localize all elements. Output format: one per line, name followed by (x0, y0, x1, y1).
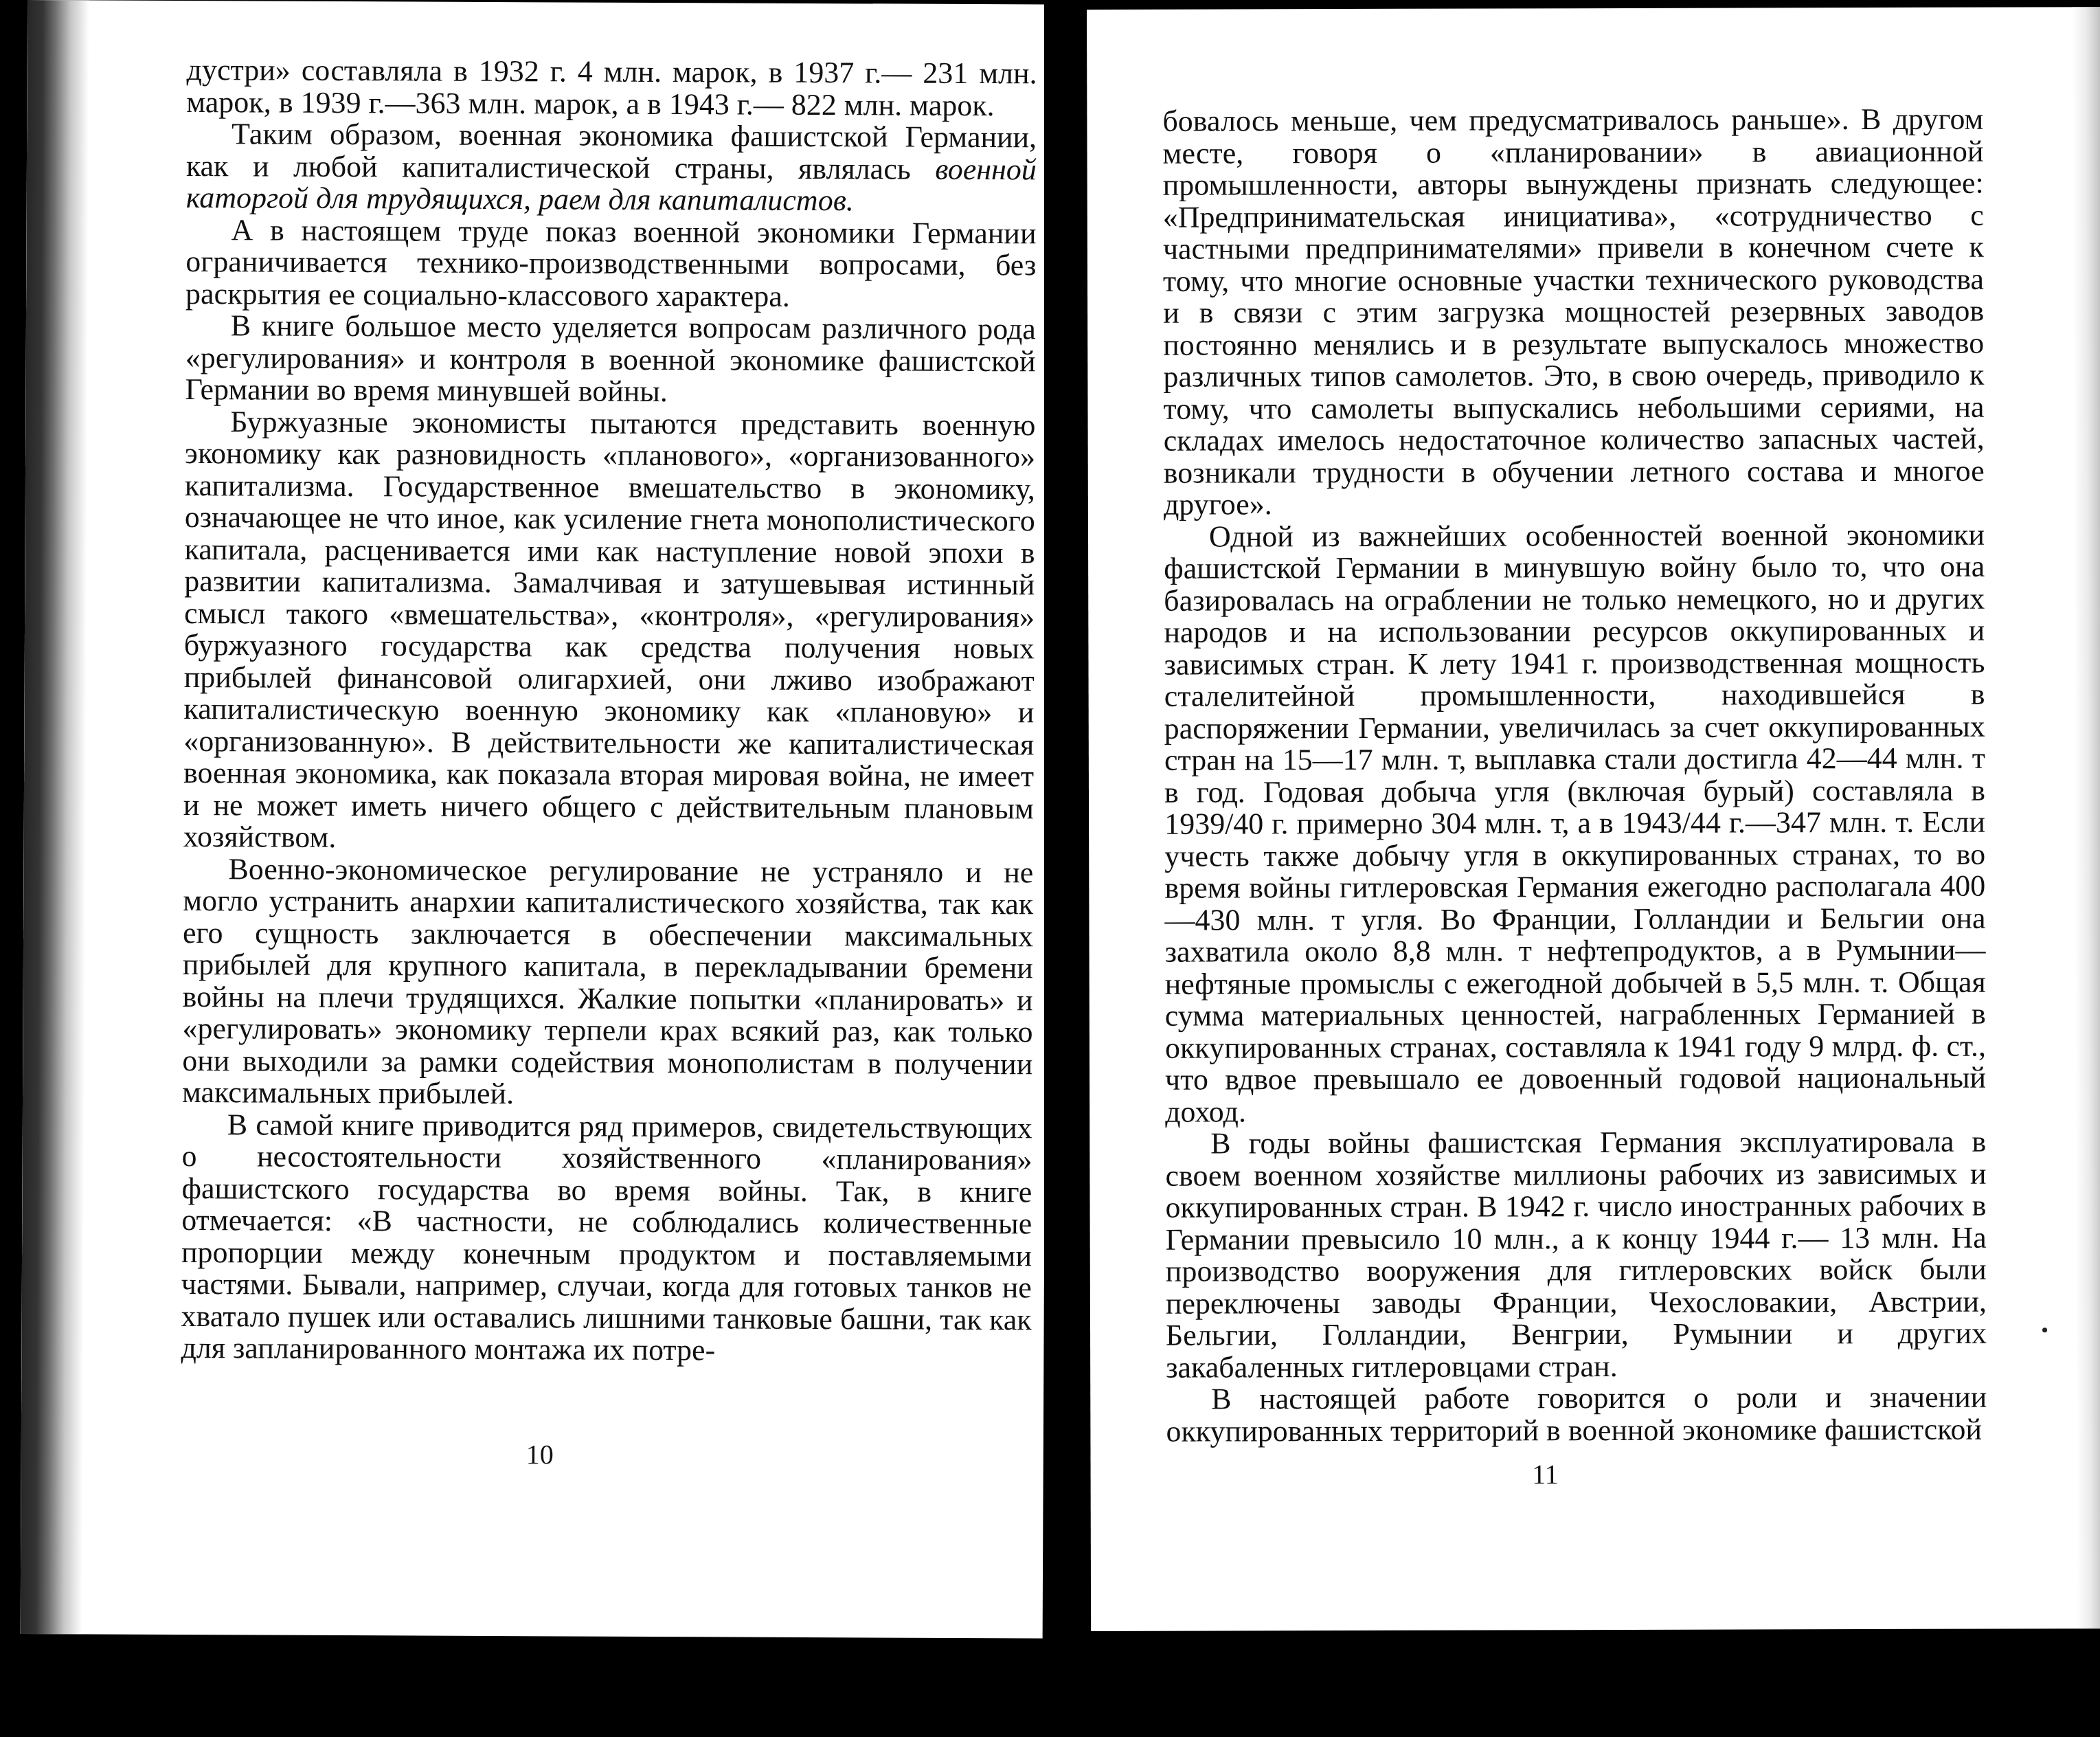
scan-speck (2042, 1327, 2047, 1332)
paragraph: В книге большое место уделяется вопросам… (185, 310, 1036, 410)
paragraph: В самой книге приводится ряд примеров, с… (181, 1108, 1032, 1367)
left-page-body: дустри» составляла в 1932 г. 4 млн. маро… (181, 54, 1037, 1368)
paragraph: дустри» составляла в 1932 г. 4 млн. маро… (186, 54, 1037, 122)
paragraph: В настоящей работе говорится о роли и зн… (1166, 1382, 1987, 1448)
paragraph: бовалось меньше, чем предусматривалось р… (1162, 104, 1985, 522)
paragraph: Одной из важнейших особенностей военной … (1164, 519, 1986, 1128)
book-gutter (1044, 0, 1087, 1642)
paragraph: Военно-экономическое регулирование не ус… (182, 853, 1034, 1112)
page-number: 11 (1511, 1458, 1580, 1490)
paragraph: Буржуазные экономисты пытаются представи… (183, 406, 1036, 857)
paragraph: А в настоящем труде показ военной эконом… (185, 214, 1037, 314)
page-number: 10 (506, 1438, 574, 1470)
paragraph-text: Таким образом, военная экономика фашистс… (186, 117, 1037, 186)
paragraph: Таким образом, военная экономика фашистс… (186, 118, 1037, 218)
right-page: бовалось меньше, чем предусматривалось р… (1087, 7, 2100, 1631)
paragraph: В годы войны фашистская Германия эксплуа… (1165, 1126, 1987, 1384)
right-page-body: бовалось меньше, чем предусматривалось р… (1162, 104, 1987, 1448)
left-page: дустри» составляла в 1932 г. 4 млн. маро… (21, 0, 1050, 1638)
